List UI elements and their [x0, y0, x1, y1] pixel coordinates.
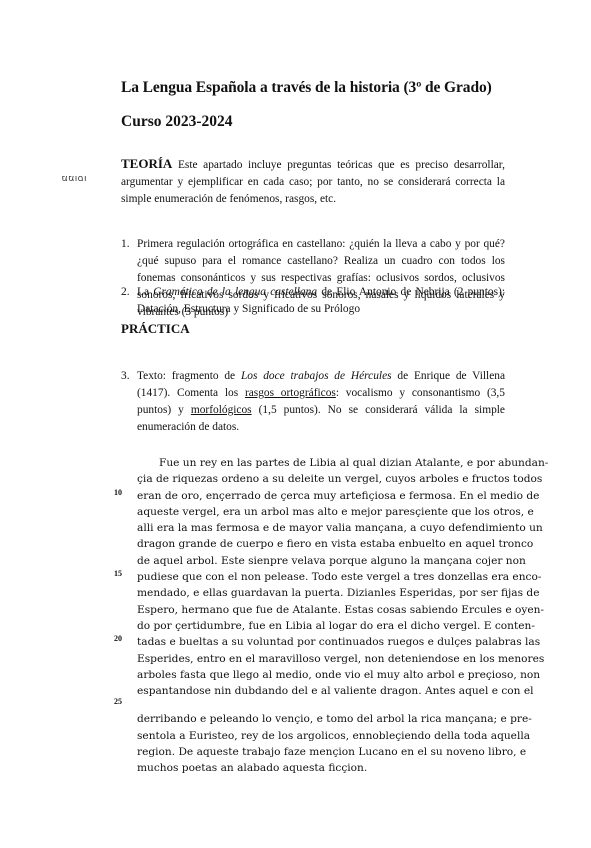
excerpt-line: arboles fasta que llego al medio, onde v… — [137, 667, 504, 683]
excerpt-gap — [137, 699, 504, 711]
document-title: La Lengua Española a través de la histor… — [121, 79, 492, 97]
excerpt-line: tadas e bueltas a su voluntad por contin… — [137, 634, 504, 650]
question-2: 2. La Gramática de la lengua castellana … — [137, 284, 505, 318]
question-number: 1. — [121, 236, 130, 253]
line-number: 25 — [114, 697, 122, 706]
text-excerpt: Fue un rey en las partes de Libia al qua… — [137, 455, 504, 777]
excerpt-line: dragon grande de cuerpo e fiero en vista… — [137, 536, 504, 552]
excerpt-line: region. De aqueste trabajo faze mençion … — [137, 744, 504, 760]
line-number: 20 — [114, 634, 122, 643]
excerpt-line: sentola a Euristeo, rey de los argolicos… — [137, 728, 504, 744]
excerpt-line: alli era la mas fermosa e de mayor valia… — [137, 520, 504, 536]
line-number: 10 — [114, 488, 122, 497]
theory-intro: Este apartado incluye preguntas teóricas… — [121, 159, 505, 205]
question-text-pre: La — [137, 286, 153, 298]
question-text-pre: Texto: fragmento de — [137, 370, 241, 382]
book-title: Gramática de la lengua castellana — [153, 286, 317, 298]
underlined-term: rasgos ortográficos — [245, 387, 336, 399]
theory-label: TEORÍA — [121, 156, 172, 171]
excerpt-line: muchos poetas an alabado aquesta ficçion… — [137, 760, 504, 776]
question-number: 2. — [121, 284, 130, 301]
line-number: 15 — [114, 569, 122, 578]
excerpt-line: aqueste vergel, era un arbol mas alto e … — [137, 504, 504, 520]
course-year: Curso 2023-2024 — [121, 113, 233, 131]
excerpt-line: espantandose nin dubdando del e al valie… — [137, 683, 504, 699]
excerpt-line: de aquel arbol. Este sienpre velava porq… — [137, 553, 504, 569]
excerpt-line: Espero, hermano que fue de Atalante. Est… — [137, 602, 504, 618]
excerpt-line: Esperides, entro en el maravilloso verge… — [137, 651, 504, 667]
excerpt-line: mendado, e ellas guardavan la puerta. Di… — [137, 585, 504, 601]
excerpt-line: derribando e peleando lo vençio, e tomo … — [137, 711, 504, 727]
question-number: 3. — [121, 368, 130, 385]
handwritten-margin-note: ממוסו — [61, 173, 86, 183]
theory-section: TEORÍA Este apartado incluye preguntas t… — [121, 155, 505, 208]
excerpt-line: do por çertidumbre, fue en Libia al loga… — [137, 618, 504, 634]
excerpt-line: çia de riquezas ordeno a su deleite un v… — [137, 471, 504, 487]
excerpt-line: eran de oro, ençerrado de çerca muy arte… — [137, 488, 504, 504]
underlined-term: morfológicos — [191, 404, 252, 416]
excerpt-line: pudiese que con el non pelease. Todo est… — [137, 569, 504, 585]
book-title: Los doce trabajos de Hércules — [241, 370, 392, 382]
question-3: 3. Texto: fragmento de Los doce trabajos… — [137, 368, 505, 436]
excerpt-line: Fue un rey en las partes de Libia al qua… — [137, 455, 504, 471]
practice-heading: PRÁCTICA — [121, 321, 190, 337]
